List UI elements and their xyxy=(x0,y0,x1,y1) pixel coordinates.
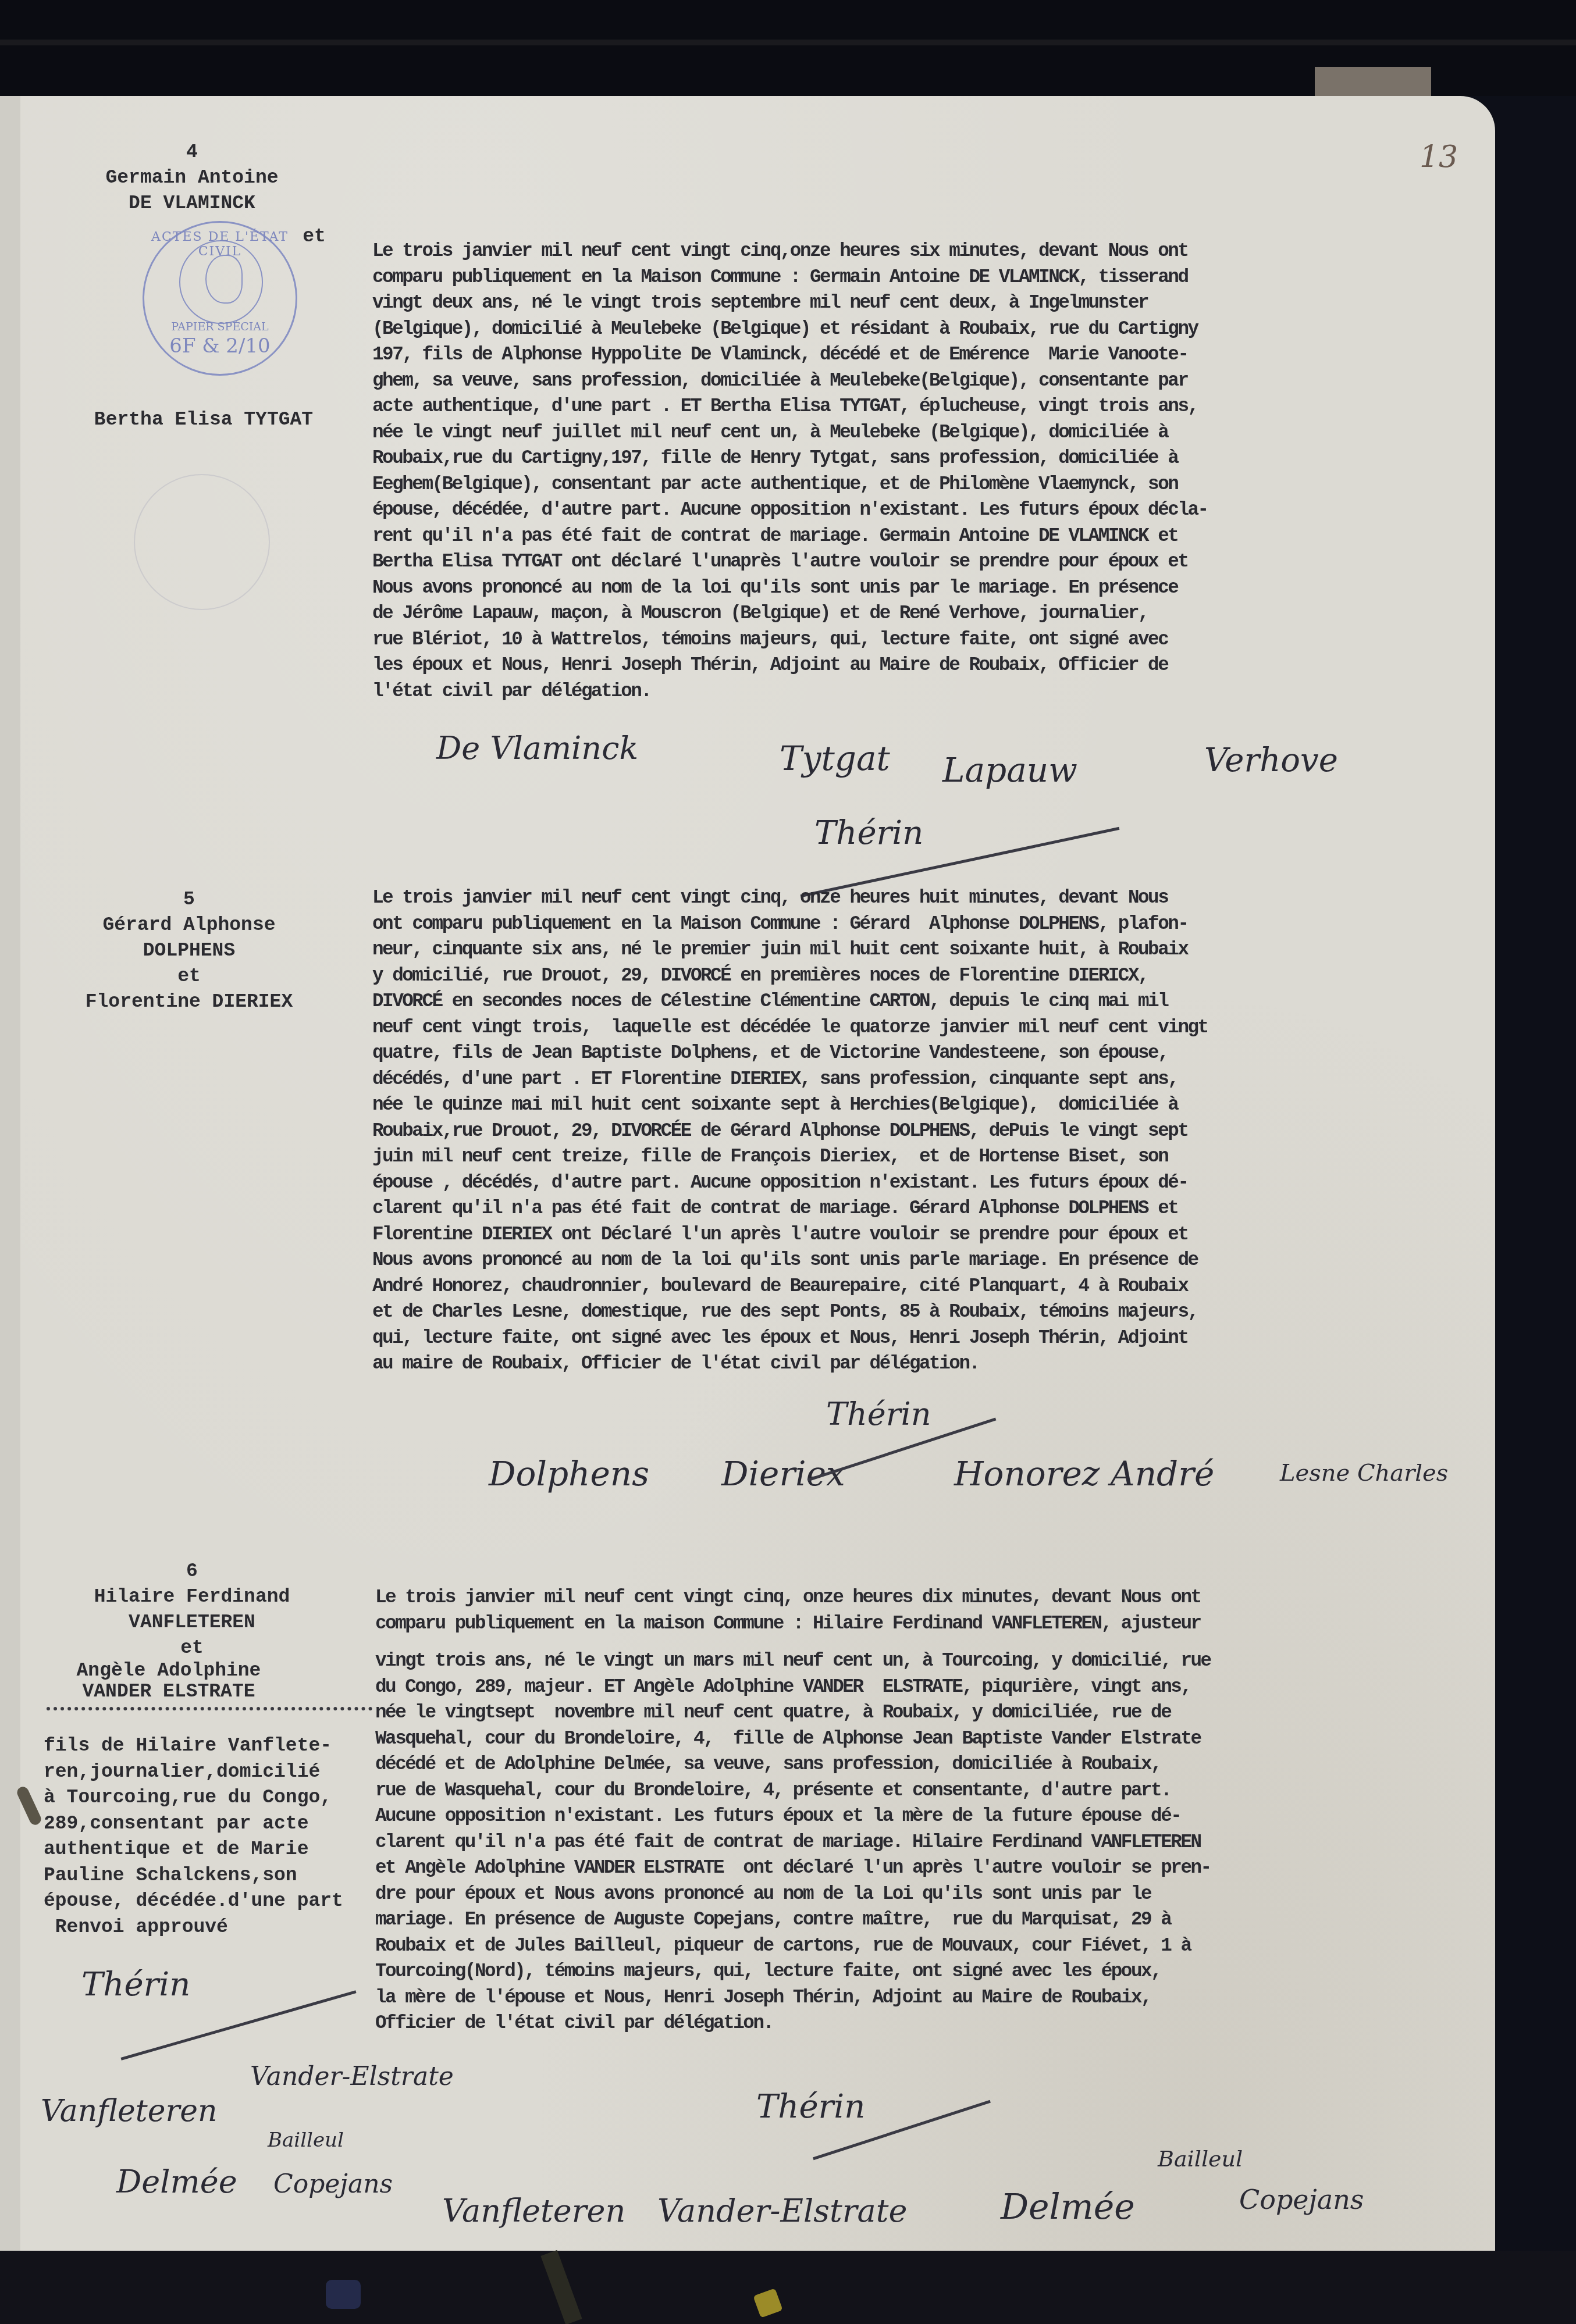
margin-signature-vander-elstrate: Vander-Elstrate xyxy=(250,2062,454,2091)
margin-signature-vanfleteren: Vanfleteren xyxy=(41,2094,218,2129)
text-line: décédé et de Adolphine Delmée, sa veuve,… xyxy=(375,1752,1211,1778)
signature-honorez-andre: Honorez André xyxy=(954,1454,1214,1494)
text-line: au maire de Roubaix, Officier de l'état … xyxy=(372,1351,1208,1377)
signature-therin: Thérin xyxy=(826,1396,931,1432)
text-line: Aucune opposition n'existant. Les futurs… xyxy=(375,1803,1211,1830)
text-line: neuf cent vingt trois, laquelle est décé… xyxy=(372,1015,1208,1041)
conjunction: et xyxy=(52,964,326,989)
conjunction: et xyxy=(47,1635,337,1661)
signature-bailleul: Bailleul xyxy=(1158,2146,1243,2172)
text-line: André Honorez, chaudronnier, boulevard d… xyxy=(372,1274,1208,1300)
note-line: à Tourcoing,rue du Congo, xyxy=(44,1785,343,1811)
note-line: fils de Hilaire Vanflete- xyxy=(44,1733,343,1759)
act-4-et: et xyxy=(297,224,332,249)
text-line: ghem, sa veuve, sans profession, domicil… xyxy=(372,368,1208,394)
text-line: Roubaix,rue Drouot, 29, DIVORCÉE de Géra… xyxy=(372,1118,1208,1145)
text-line: Officier de l'état civil par délégation. xyxy=(375,2011,1211,2037)
text-line: clarent qu'il n'a pas été fait de contra… xyxy=(375,1830,1211,1856)
signature-vanfleteren: Vanfleteren xyxy=(442,2193,625,2229)
signature-copejans: Copejans xyxy=(1239,2184,1364,2215)
text-line: acte authentique, d'une part . ET Bertha… xyxy=(372,394,1208,420)
faint-stamp-impression xyxy=(134,474,270,610)
marianne-profile-icon xyxy=(205,255,243,304)
text-line: vingt deux ans, né le vingt trois septem… xyxy=(372,290,1208,316)
text-line: Bertha Elisa TYTGAT ont déclaré l'unaprè… xyxy=(372,549,1208,575)
text-line: vingt trois ans, né le vingt un mars mil… xyxy=(375,1648,1211,1674)
act-6-bride: Angèle Adolphine VANDER ELSTRATE xyxy=(47,1660,291,1702)
text-line: (Belgique), domicilié à Meulebeke (Belgi… xyxy=(372,316,1208,343)
bride-name: Bertha Elisa TYTGAT xyxy=(64,407,343,433)
note-line: Pauline Schalckens,son xyxy=(44,1863,343,1889)
text-line: y domicilié, rue Drouot, 29, DIVORCÉ en … xyxy=(372,963,1208,989)
text-line: née le vingtsept novembre mil neuf cent … xyxy=(375,1700,1211,1726)
text-line: épouse, décédée, d'autre part. Aucune op… xyxy=(372,497,1208,523)
text-line: juin mil neuf cent treize, fille de Fran… xyxy=(372,1144,1208,1170)
text-line: comparu publiquement en la Maison Commun… xyxy=(372,265,1208,291)
bride-surname: VANDER ELSTRATE xyxy=(47,1681,291,1702)
groom-given-names: Germain Antoine xyxy=(70,165,314,191)
act-5-text: Le trois janvier mil neuf cent vingt cin… xyxy=(372,885,1208,1377)
text-line: et de Charles Lesne, domestique, rue des… xyxy=(372,1299,1208,1325)
margin-signature-bailleul: Bailleul xyxy=(268,2129,344,2152)
signature-verhove: Verhove xyxy=(1204,742,1338,779)
text-line: quatre, fils de Jean Baptiste Dolphens, … xyxy=(372,1040,1208,1067)
text-line: dre pour époux et Nous avons prononcé au… xyxy=(375,1881,1211,1908)
margin-annotation: fils de Hilaire Vanflete- ren,journalier… xyxy=(44,1733,343,1940)
text-line: clarent qu'il n'a pas été fait de contra… xyxy=(372,1196,1208,1222)
scanner-bed xyxy=(0,2251,1576,2324)
text-line: rue de Wasquehal, cour du Brondeloire, 4… xyxy=(375,1778,1211,1804)
stamp-arc-text: ACTES DE L'ÉTAT CIVIL xyxy=(144,230,296,259)
act-number: 6 xyxy=(47,1559,337,1584)
text-line xyxy=(375,1637,1211,1648)
page-number: 13 xyxy=(1420,140,1458,174)
note-line: 289,consentant par acte xyxy=(44,1811,343,1837)
margin-signature-therin: Thérin xyxy=(81,1966,190,2004)
groom-surname: DOLPHENS xyxy=(52,938,326,964)
text-line: décédés, d'une part . ET Florentine DIER… xyxy=(372,1067,1208,1093)
signature-therin: Thérin xyxy=(814,814,923,852)
text-line: Tourcoing(Nord), témoins majeurs, qui, l… xyxy=(375,1959,1211,1985)
text-line: Eeghem(Belgique), consentant par acte au… xyxy=(372,472,1208,498)
act-number: 4 xyxy=(70,140,314,165)
text-line: DIVORCÉ en secondes noces de Célestine C… xyxy=(372,989,1208,1015)
note-line: Renvoi approuvé xyxy=(44,1915,343,1941)
note-line: épouse, décédée.d'une part xyxy=(44,1888,343,1915)
note-line: authentique et de Marie xyxy=(44,1837,343,1863)
dotted-separator xyxy=(47,1707,372,1710)
text-line: la mère de l'épouse et Nous, Henri Josep… xyxy=(375,1985,1211,2011)
text-line: Roubaix,rue du Cartigny,197, fille de He… xyxy=(372,445,1208,472)
text-line: et Angèle Adolphine VANDER ELSTRATE ont … xyxy=(375,1855,1211,1881)
text-line: mariage. En présence de Auguste Copejans… xyxy=(375,1907,1211,1933)
signature-tytgat: Tytgat xyxy=(780,739,890,778)
text-line: ont comparu publiquement en la Maison Co… xyxy=(372,911,1208,938)
text-line: Florentine DIERIEX ont Déclaré l'un aprè… xyxy=(372,1222,1208,1248)
text-line: qui, lecture faite, ont signé avec les é… xyxy=(372,1325,1208,1352)
text-line: née le vingt neuf juillet mil neuf cent … xyxy=(372,420,1208,446)
text-line: comparu publiquement en la maison Commun… xyxy=(375,1611,1211,1637)
groom-given-names: Gérard Alphonse xyxy=(52,913,326,938)
text-line: neur, cinquante six ans, né le premier j… xyxy=(372,937,1208,963)
signature-lesne-charles: Lesne Charles xyxy=(1280,1460,1448,1487)
signature-therin: Thérin xyxy=(756,2088,865,2126)
stamp-price: 6F & 2/10 xyxy=(144,334,296,358)
book-binding xyxy=(0,96,22,2251)
bride-given-names: Angèle Adolphine xyxy=(47,1660,291,1681)
text-line: du Congo, 289, majeur. ET Angèle Adolphi… xyxy=(375,1674,1211,1701)
act-5-margin: 5 Gérard Alphonse DOLPHENS et Florentine… xyxy=(52,887,326,1015)
signature-dolphens: Dolphens xyxy=(489,1454,649,1494)
book-edge xyxy=(0,40,1576,45)
text-line: rue Blériot, 10 à Wattrelos, témoins maj… xyxy=(372,627,1208,653)
text-line: Wasquehal, cour du Brondeloire, 4, fille… xyxy=(375,1726,1211,1752)
text-line: née le quinze mai mil huit cent soixante… xyxy=(372,1092,1208,1118)
text-line: les époux et Nous, Henri Joseph Thérin, … xyxy=(372,653,1208,679)
text-line: Nous avons prononcé au nom de la loi qu'… xyxy=(372,1247,1208,1274)
text-line: 197, fils de Alphonse Hyppolite De Vlami… xyxy=(372,342,1208,368)
act-6-margin: 6 Hilaire Ferdinand VANFLETEREN et xyxy=(47,1559,337,1661)
text-line: Le trois janvier mil neuf cent vingt cin… xyxy=(375,1585,1211,1611)
groom-surname: DE VLAMINCK xyxy=(70,191,314,216)
act-6-text: Le trois janvier mil neuf cent vingt cin… xyxy=(375,1585,1211,2037)
act-number: 5 xyxy=(52,887,326,913)
margin-signature-delmee: Delmée xyxy=(116,2163,237,2200)
groom-surname: VANFLETEREN xyxy=(47,1610,337,1635)
official-paper-stamp: ACTES DE L'ÉTAT CIVIL PAPIER SPÉCIAL 6F … xyxy=(143,221,297,376)
text-line: rent qu'il n'a pas été fait de contrat d… xyxy=(372,523,1208,550)
text-line: Nous avons prononcé au nom de la loi qu'… xyxy=(372,575,1208,601)
act-4-margin: 4 Germain Antoine DE VLAMINCK xyxy=(70,140,314,216)
text-line: Le trois janvier mil neuf cent vingt cin… xyxy=(372,238,1208,265)
stamp-label: PAPIER SPÉCIAL xyxy=(144,320,296,333)
signature-vander-elstrate: Vander-Elstrate xyxy=(657,2193,907,2229)
note-line: ren,journalier,domicilié xyxy=(44,1759,343,1785)
margin-signature-copejans: Copejans xyxy=(273,2169,393,2199)
signature-de-vlaminck: De Vlaminck xyxy=(436,730,638,767)
act-4-text: Le trois janvier mil neuf cent vingt cin… xyxy=(372,238,1208,704)
text-line: Le trois janvier mil neuf cent vingt cin… xyxy=(372,885,1208,911)
groom-given-names: Hilaire Ferdinand xyxy=(47,1584,337,1610)
text-line: l'état civil par délégation. xyxy=(372,679,1208,705)
text-line: de Jérôme Lapauw, maçon, à Mouscron (Bel… xyxy=(372,601,1208,627)
bride-name: Florentine DIERIEX xyxy=(52,989,326,1015)
signature-lapauw: Lapauw xyxy=(942,750,1077,790)
signature-delmee: Delmée xyxy=(1001,2187,1135,2227)
text-line: Roubaix et de Jules Bailleul, piqueur de… xyxy=(375,1933,1211,1959)
fixture xyxy=(326,2280,361,2309)
text-line: épouse , décédés, d'autre part. Aucune o… xyxy=(372,1170,1208,1196)
